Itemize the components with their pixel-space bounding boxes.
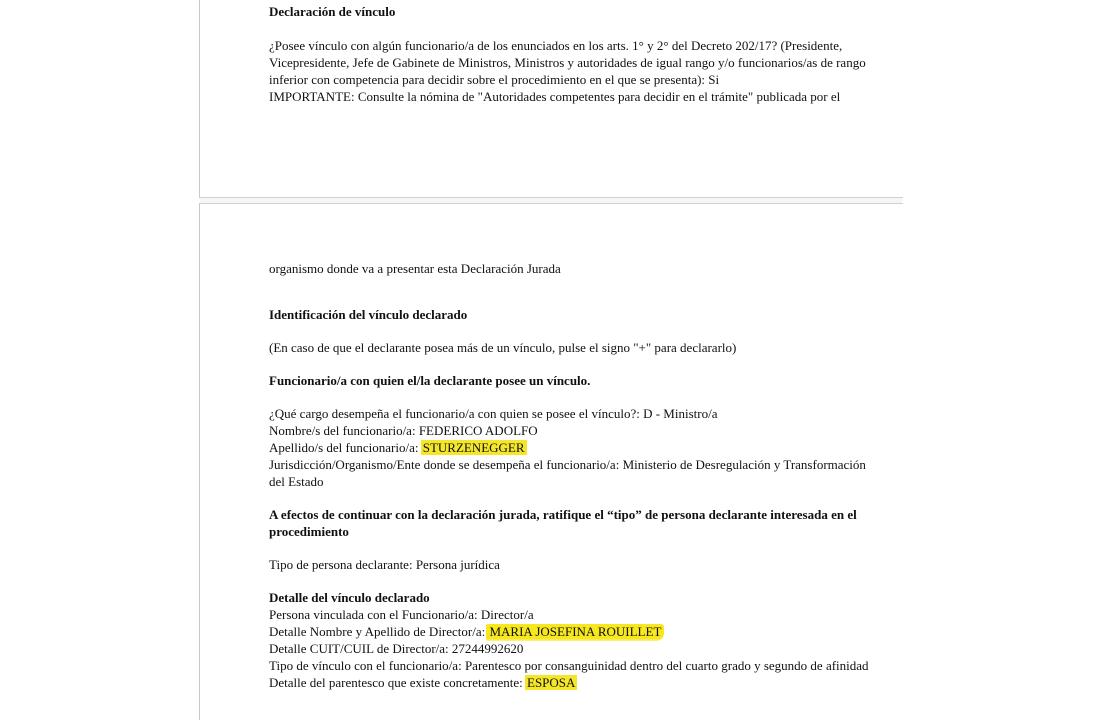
note-continuation: organismo donde va a presentar esta Decl… <box>269 260 869 277</box>
detail-tipo-vinculo-label: Tipo de vínculo con el funcionario/a: <box>269 658 465 673</box>
highlighted-director-name: MARIA JOSEFINA ROUILLET <box>486 624 664 641</box>
official-jurisdiccion-row: Jurisdicción/Organismo/Ente donde se des… <box>269 456 869 490</box>
official-nombre-label: Nombre/s del funcionario/a: <box>269 423 419 438</box>
highlighted-parentesco-value: ESPOSA <box>525 675 577 690</box>
official-nombre-value: FEDERICO ADOLFO <box>419 423 538 438</box>
detail-title: Detalle del vínculo declarado <box>269 589 869 606</box>
detail-nombre-row: Detalle Nombre y Apellido de Director/a:… <box>269 623 869 640</box>
official-jurisdiccion-label: Jurisdicción/Organismo/Ente donde se des… <box>269 457 623 472</box>
official-apellido-row: Apellido/s del funcionario/a: STURZENEGG… <box>269 439 869 456</box>
detail-persona-value: Director/a <box>481 607 534 622</box>
vinculo-question: ¿Posee vínculo con algún funcionario/a d… <box>269 37 869 88</box>
document-page-2: organismo donde va a presentar esta Decl… <box>199 203 903 720</box>
tipo-persona-value: Persona jurídica <box>416 557 500 572</box>
identification-hint: (En caso de que el declarante posea más … <box>269 339 869 356</box>
page-2-content: organismo donde va a presentar esta Decl… <box>269 260 869 691</box>
identification-title: Identificación del vínculo declarado <box>269 306 869 323</box>
tipo-persona-row: Tipo de persona declarante: Persona jurí… <box>269 556 869 573</box>
official-section-title: Funcionario/a con quien el/la declarante… <box>269 372 869 389</box>
detail-persona-row: Persona vinculada con el Funcionario/a: … <box>269 606 869 623</box>
detail-nombre-label: Detalle Nombre y Apellido de Director/a: <box>269 624 488 639</box>
official-cargo-label: ¿Qué cargo desempeña el funcionario/a co… <box>269 406 643 421</box>
detail-cuit-value: 27244992620 <box>452 641 524 656</box>
detail-parentesco-label: Detalle del parentesco que existe concre… <box>269 675 526 690</box>
official-nombre-row: Nombre/s del funcionario/a: FEDERICO ADO… <box>269 422 869 439</box>
document-page-1: Declaración de vínculo ¿Posee vínculo co… <box>199 0 903 198</box>
page-1-content: Declaración de vínculo ¿Posee vínculo co… <box>269 3 869 105</box>
official-cargo-value: D - Ministro/a <box>643 406 717 421</box>
official-apellido-label: Apellido/s del funcionario/a: <box>269 440 422 455</box>
ratify-title: A efectos de continuar con la declaració… <box>269 506 869 540</box>
highlighted-apellido-value: STURZENEGGER <box>421 440 527 455</box>
tipo-persona-label: Tipo de persona declarante: <box>269 557 416 572</box>
detail-persona-label: Persona vinculada con el Funcionario/a: <box>269 607 481 622</box>
important-note: IMPORTANTE: Consulte la nómina de "Autor… <box>269 88 869 105</box>
detail-cuit-label: Detalle CUIT/CUIL de Director/a: <box>269 641 452 656</box>
official-cargo-row: ¿Qué cargo desempeña el funcionario/a co… <box>269 405 869 422</box>
section-title-declaracion: Declaración de vínculo <box>269 3 869 20</box>
detail-cuit-row: Detalle CUIT/CUIL de Director/a: 2724499… <box>269 640 869 657</box>
detail-parentesco-row: Detalle del parentesco que existe concre… <box>269 674 869 691</box>
detail-tipo-vinculo-row: Tipo de vínculo con el funcionario/a: Pa… <box>269 657 869 674</box>
detail-tipo-vinculo-value: Parentesco por consanguinidad dentro del… <box>465 658 869 673</box>
